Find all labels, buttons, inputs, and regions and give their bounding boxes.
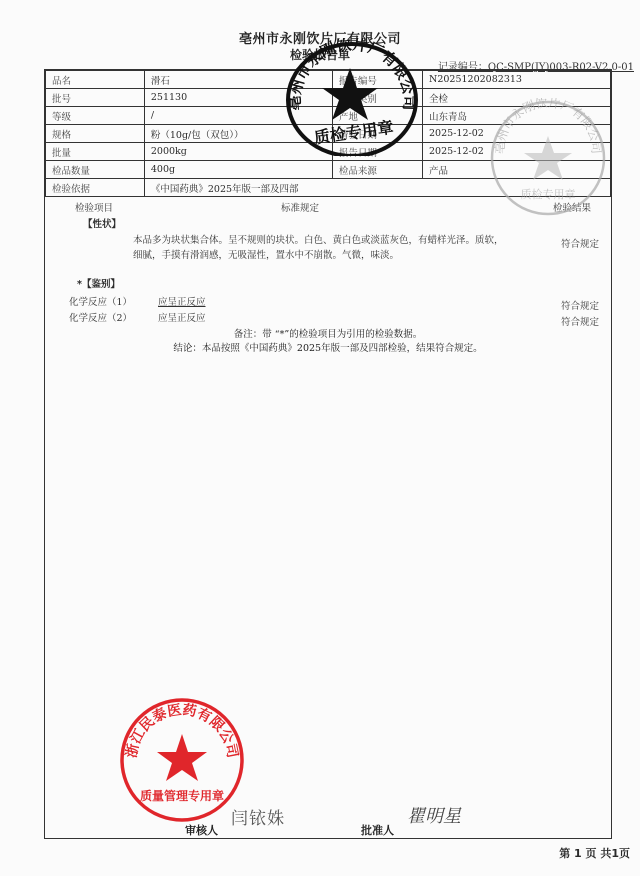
item-standard: 应呈正反应 [158,310,206,324]
field-label: 请验日期 [332,125,422,143]
remark-text: 备注：带 “*”的检验项目为引用的检验数据。 [45,326,611,340]
field-value: 2025-12-02 [423,143,611,161]
col-header-item: 检验项目 [75,200,113,214]
field-value: 全检 [423,89,611,107]
approver-signature: 瞿明星 [407,802,461,828]
approver-label: 批准人 [361,822,394,838]
reviewer-signature: 闫铱姝 [231,804,285,829]
col-header-standard: 标准规定 [281,200,319,214]
field-label: 报告日期 [332,143,422,161]
field-value: 2000kg [144,143,332,161]
conclusion-text: 结论：本品按照《中国药典》2025年版一部及四部检验，结果符合规定。 [45,340,611,354]
field-label: 批号 [46,89,145,107]
field-value: / [144,107,332,125]
properties-description: 本品多为块状集合体。呈不规则的块状。白色、黄白色或淡蓝灰色，有蜡样光泽。质软，细… [133,233,505,263]
field-label: 产地 [332,107,422,125]
field-label: 规格 [46,125,145,143]
info-row: 等级/产地山东青岛 [46,107,611,125]
report-sheet: 品名滑石报告编号N20251202082313批号251130检验类别全检等级/… [44,69,612,839]
info-row: 批号251130检验类别全检 [46,89,611,107]
field-value: 山东青岛 [423,107,611,125]
info-row: 规格粉（10g/包（双包））请验日期2025-12-02 [46,125,611,143]
field-label: 批量 [46,143,145,161]
section-title-properties: 【性状】 [83,216,121,230]
field-label: 等级 [46,107,145,125]
basis-value: 《中国药典》2025年版一部及四部 [144,179,610,197]
field-label: 报告编号 [332,71,422,89]
item-result: 符合规定 [561,298,599,312]
field-value: 粉（10g/包（双包）） [144,125,332,143]
field-value: N20251202082313 [423,71,611,89]
section-title-identification: *【鉴别】 [77,276,120,290]
field-value: 251130 [144,89,332,107]
info-row-basis: 检验依据《中国药典》2025年版一部及四部 [46,179,611,197]
item-name: 化学反应（1） [69,294,132,308]
item-standard: 应呈正反应 [158,294,206,308]
reviewer-label: 审核人 [185,822,218,838]
item-name: 化学反应（2） [69,310,132,324]
properties-result: 符合规定 [561,236,599,250]
info-table: 品名滑石报告编号N20251202082313批号251130检验类别全检等级/… [45,70,611,197]
basis-label: 检验依据 [46,179,145,197]
col-header-result: 检验结果 [553,200,591,214]
field-value: 产品 [423,161,611,179]
info-row: 检品数量400g检品来源产品 [46,161,611,179]
page-indicator: 第 1 页 共1页 [559,845,630,861]
field-value: 滑石 [144,71,332,89]
field-label: 品名 [46,71,145,89]
field-value: 2025-12-02 [423,125,611,143]
field-label: 检验类别 [332,89,422,107]
field-label: 检品数量 [46,161,145,179]
info-row: 品名滑石报告编号N20251202082313 [46,71,611,89]
field-label: 检品来源 [332,161,422,179]
field-value: 400g [144,161,332,179]
info-row: 批量2000kg报告日期2025-12-02 [46,143,611,161]
company-name: 亳州市永刚饮片厂有限公司 [0,28,640,47]
